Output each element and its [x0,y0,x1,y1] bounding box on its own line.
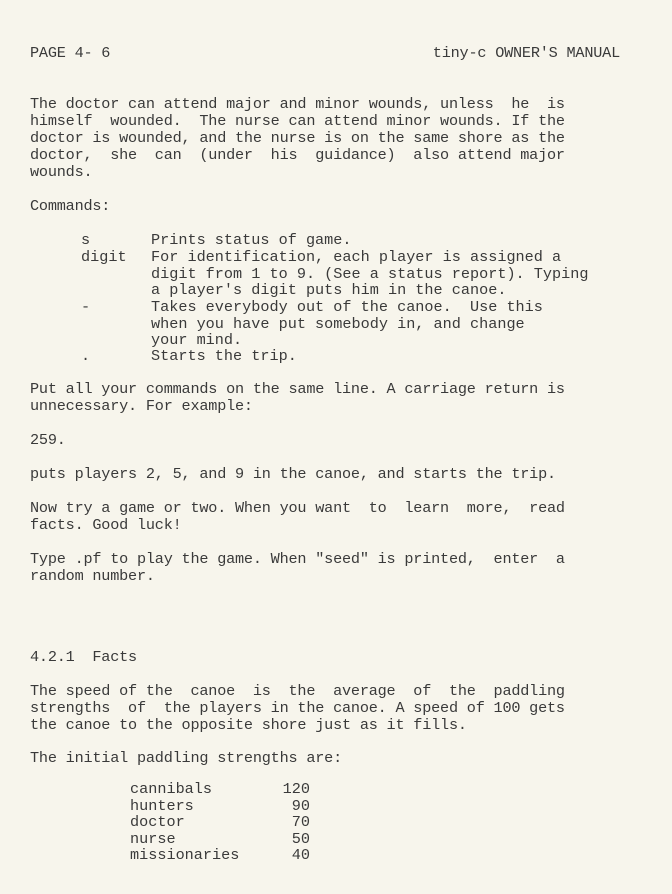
intro-line: himself wounded. The nurse can attend mi… [30,113,565,130]
facts-line: strengths of the players in the canoe. A… [30,700,565,717]
table-row: nurse 50 [130,831,310,848]
usage-line: Put all your commands on the same line. … [30,381,565,398]
strength-value: 120 [270,781,310,798]
intro-line: The doctor can attend major and minor wo… [30,96,565,113]
intro-line: doctor, she can (under his guidance) als… [30,147,565,164]
intro-line: doctor is wounded, and the nurse is on t… [30,130,565,147]
manual-page: PAGE 4- 6 tiny-c OWNER'S MANUAL The doct… [0,0,672,894]
command-description: For identification, each player is assig… [151,249,611,299]
table-row: hunters 90 [130,798,310,815]
type-line: random number. [30,568,155,585]
command-description: Prints status of game. [151,232,611,249]
table-row: doctor 70 [130,814,310,831]
example-explanation: puts players 2, 5, and 9 in the canoe, a… [30,466,556,483]
strength-value: 90 [270,798,310,815]
command-key: . [81,348,151,365]
player-type: missionaries [130,847,239,864]
table-row: cannibals 120 [130,781,310,798]
command-description: Takes everybody out of the canoe. Use th… [151,299,611,349]
intro-line: wounds. [30,164,92,181]
type-line: Type .pf to play the game. When "seed" i… [30,551,565,568]
strength-value: 40 [270,847,310,864]
strengths-intro: The initial paddling strengths are: [30,750,342,767]
player-type: nurse [130,831,176,848]
command-key: digit [81,249,151,266]
commands-heading: Commands: [30,198,110,215]
try-line: Now try a game or two. When you want to … [30,500,565,517]
player-type: cannibals [130,781,212,798]
command-key: - [81,299,151,316]
facts-line: The speed of the canoe is the average of… [30,683,565,700]
command-description: Starts the trip. [151,348,611,365]
strength-value: 50 [270,831,310,848]
manual-title: tiny-c OWNER'S MANUAL [433,45,620,62]
usage-line: unnecessary. For example: [30,398,253,415]
section-heading-facts: 4.2.1 Facts [30,649,137,666]
table-row: missionaries 40 [130,847,310,864]
player-type: hunters [130,798,194,815]
page-number: PAGE 4- 6 [30,45,110,62]
strength-value: 70 [270,814,310,831]
example-command: 259. [30,432,66,449]
player-type: doctor [130,814,185,831]
facts-line: the canoe to the opposite shore just as … [30,717,467,734]
command-key: s [81,232,151,249]
paddling-strengths-table: cannibals 120 hunters 90 doctor 70 nurse… [130,781,310,864]
try-line: facts. Good luck! [30,517,182,534]
